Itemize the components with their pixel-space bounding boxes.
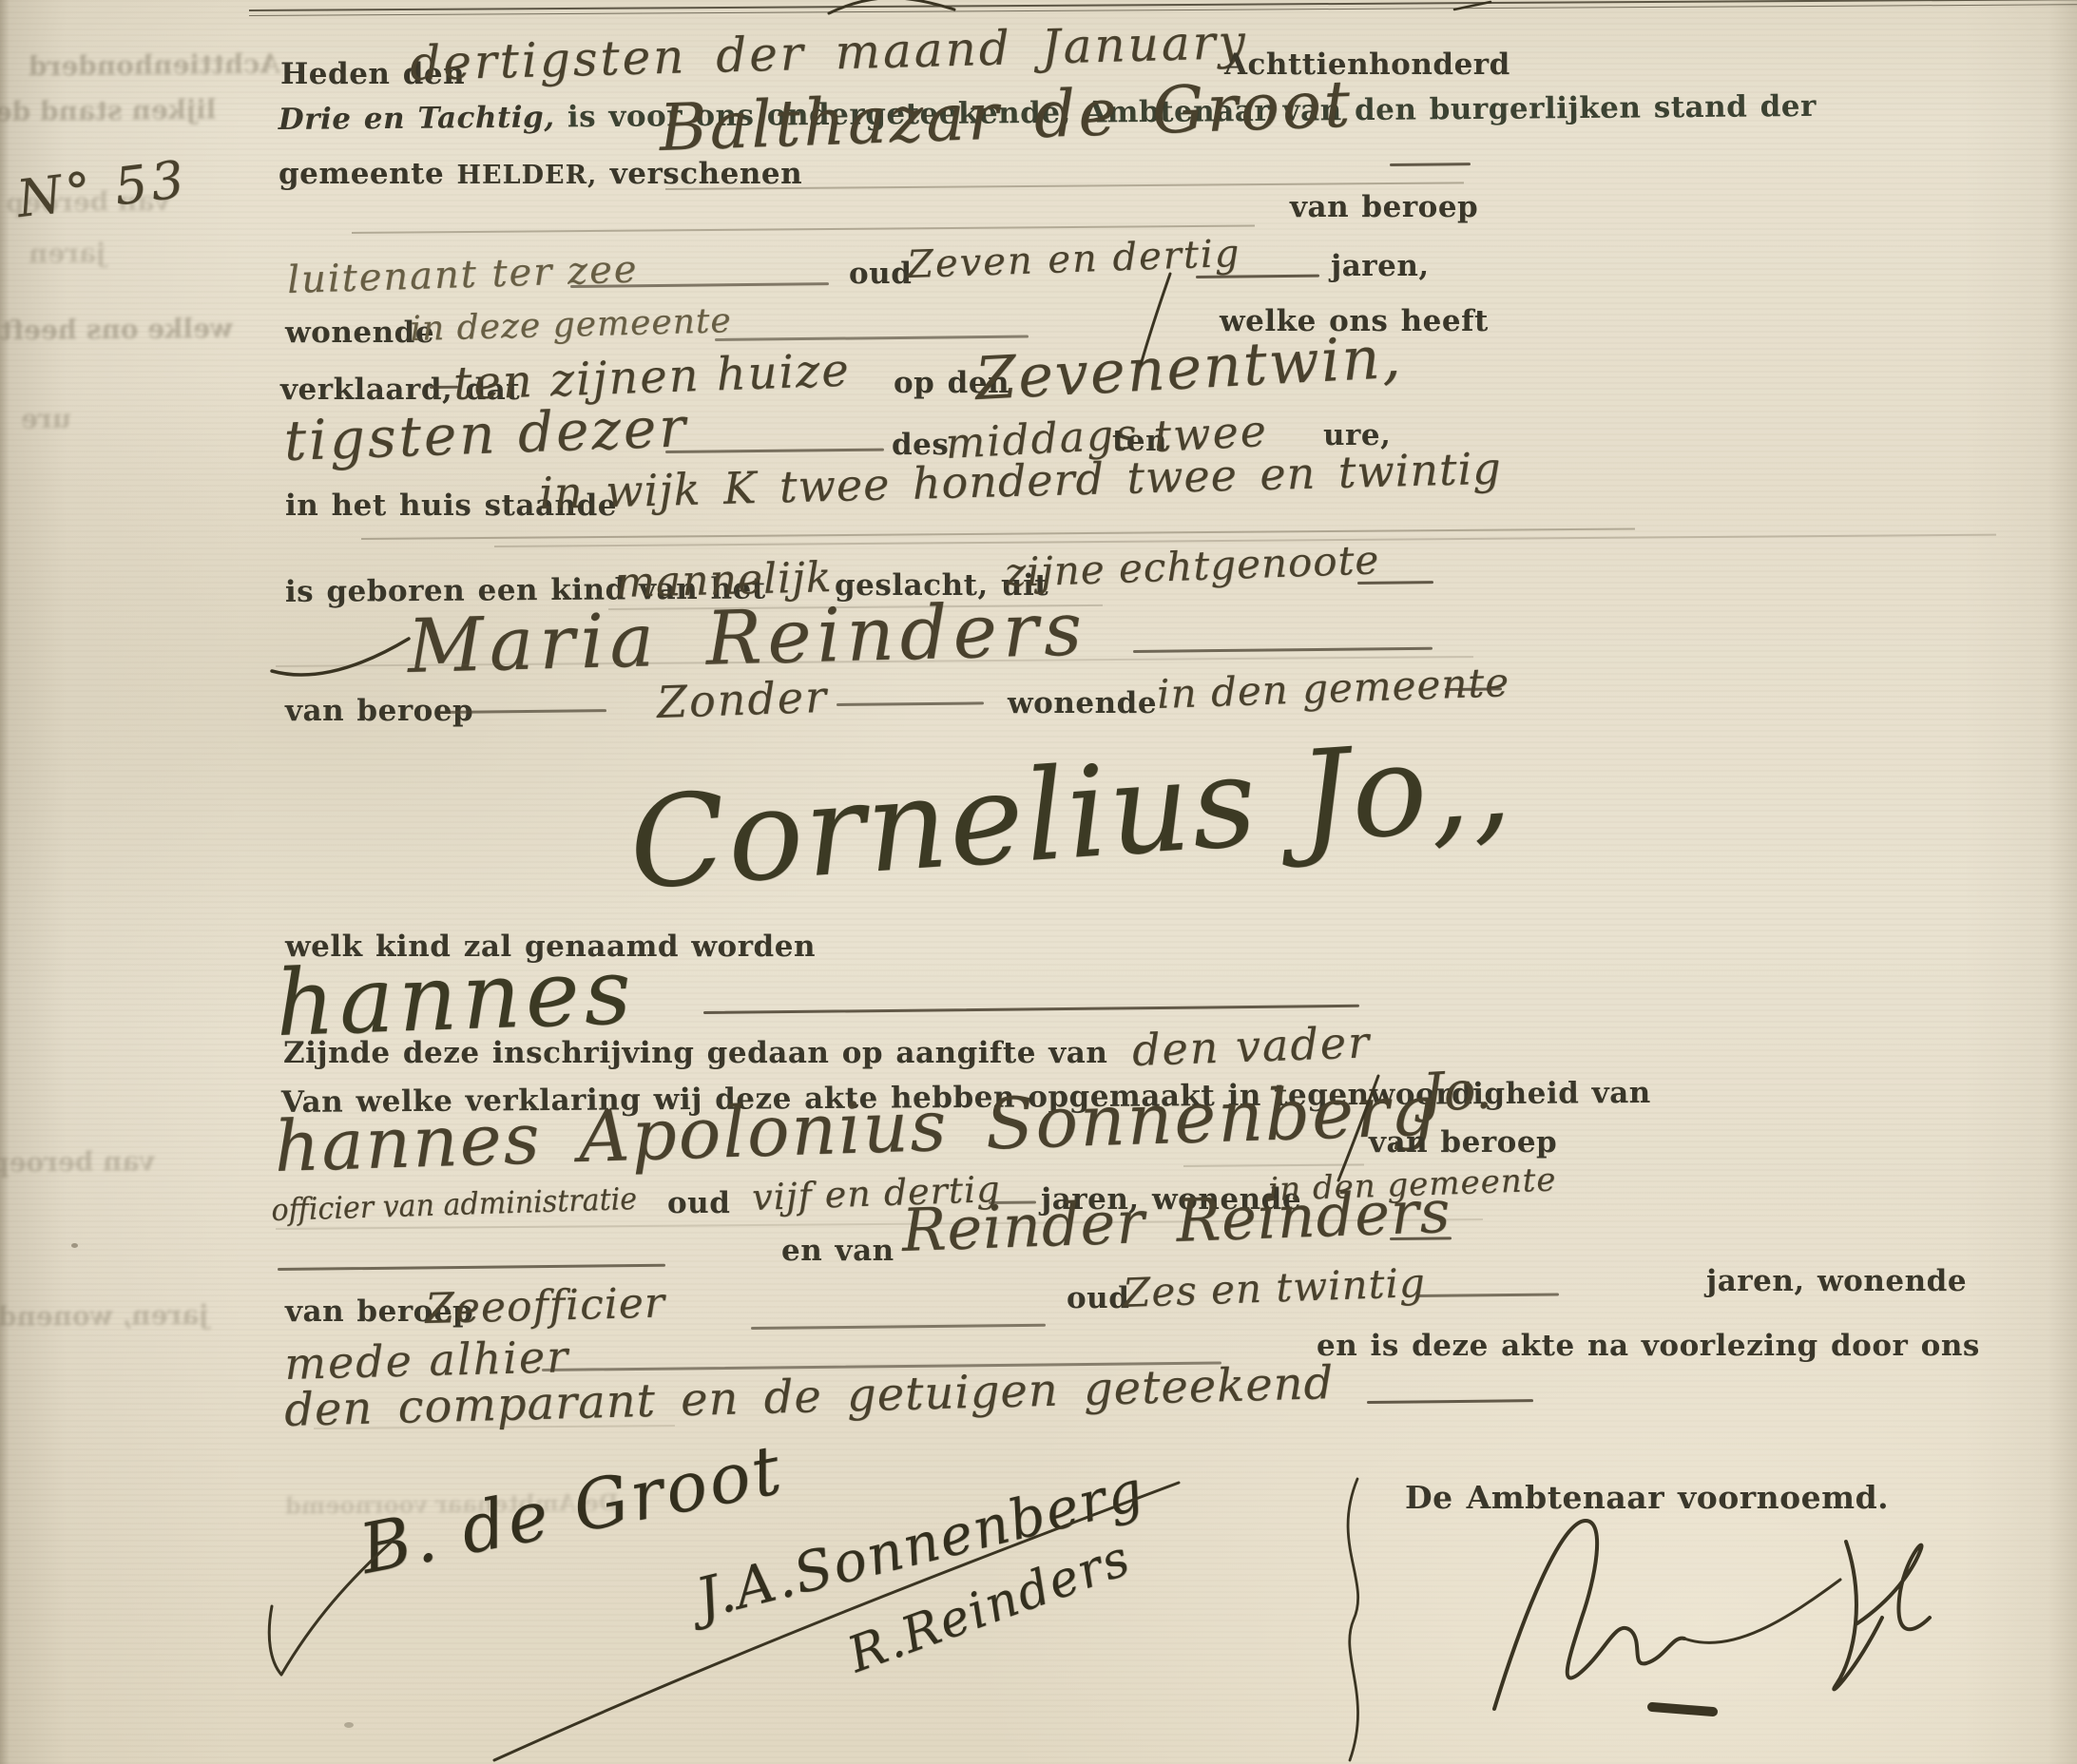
ink-fill-line	[1196, 275, 1319, 278]
baseline-rule	[352, 225, 1255, 234]
bleedthrough-text: van beroep	[0, 1145, 155, 1179]
ink-fill-line	[1416, 1293, 1559, 1297]
baseline-rule	[1183, 1164, 1364, 1167]
ink-fill-line	[751, 1324, 1046, 1330]
handwritten-informant: den vader	[1131, 1016, 1372, 1076]
act-number: N° 53	[13, 149, 190, 229]
document-scan: Achttienhonderd lijken stand der van ber…	[0, 0, 2077, 1764]
printed-text: en van	[781, 1234, 894, 1268]
ink-fill-line	[703, 1005, 1359, 1014]
registrar-caption: De Ambtenaar voornoemd.	[1405, 1479, 1889, 1516]
ink-fill-line	[1357, 581, 1433, 585]
bleedthrough-text: jaren, wonende	[0, 1299, 209, 1333]
printed-year-words: Drie en Tachtig,	[279, 100, 555, 137]
bleedthrough-text: jaren	[29, 238, 106, 270]
printed-text: gemeente	[279, 157, 444, 191]
printed-text: oud	[667, 1186, 730, 1220]
printed-text: van beroep	[1290, 190, 1478, 224]
registrar-signature	[1684, 1580, 1840, 1642]
registrar-signature	[1494, 1521, 1684, 1709]
bleedthrough-text: welke ons heeft	[0, 313, 233, 347]
printed-text: oud	[849, 257, 912, 291]
handwritten-birth-day: Zevenentwin,	[973, 322, 1404, 413]
ink-fill-line	[1390, 163, 1471, 166]
handwritten-witness2-occupation: Zeeofficier	[425, 1278, 666, 1333]
bleedthrough-text: ure	[21, 403, 71, 435]
handwritten-occupation: luitenant ter zee	[287, 247, 640, 302]
printed-text: en is deze akte na voorlezing door ons	[1317, 1329, 1980, 1363]
mother-name-swash	[272, 639, 409, 675]
handwritten-child-name: Cornelius Jo,,	[625, 710, 1517, 918]
handwritten-mother-occupation: Zonder	[656, 671, 829, 728]
ink-fill-line	[278, 1264, 665, 1271]
ink-fill-line	[665, 449, 884, 453]
bleedthrough-text: Achttienhonderd	[29, 48, 280, 83]
ink-fill-line	[1445, 687, 1502, 691]
printed-text: van beroep	[1369, 1125, 1557, 1160]
municipality-name: HELDER,	[457, 161, 598, 190]
ink-fill-line	[1133, 647, 1433, 653]
printed-text: jaren,	[1331, 249, 1430, 283]
handwritten-witness1-occupation: officier van administratie	[271, 1180, 638, 1228]
ink-fill-line	[439, 709, 606, 714]
paper-speck	[344, 1722, 354, 1728]
printed-text: Zijnde deze inschrijving gedaan op aangi…	[283, 1036, 1107, 1070]
ink-fill-line	[837, 701, 984, 706]
handwritten-birth-day-continued: tigsten dezer	[283, 394, 689, 473]
handwritten-witness2-age: Zes en twintig	[1122, 1259, 1426, 1316]
ink-fill-line	[715, 336, 1029, 341]
handwritten-age: Zeven en dertig	[906, 232, 1241, 287]
handwritten-residence: in deze gemeente	[410, 301, 732, 349]
registrar-signature	[1834, 1542, 1930, 1689]
printed-text: jaren, wonende	[1706, 1264, 1967, 1298]
bleedthrough-text: lijken stand der	[0, 94, 217, 128]
registrar-signature-dash	[1652, 1707, 1713, 1712]
printed-text: wonende	[1008, 686, 1157, 720]
top-double-rule	[249, 0, 2077, 16]
signature-brace	[1348, 1479, 1358, 1760]
paper-speck	[71, 1243, 78, 1248]
ink-fill-line	[1367, 1399, 1533, 1404]
printed-text: oud	[1067, 1281, 1129, 1315]
